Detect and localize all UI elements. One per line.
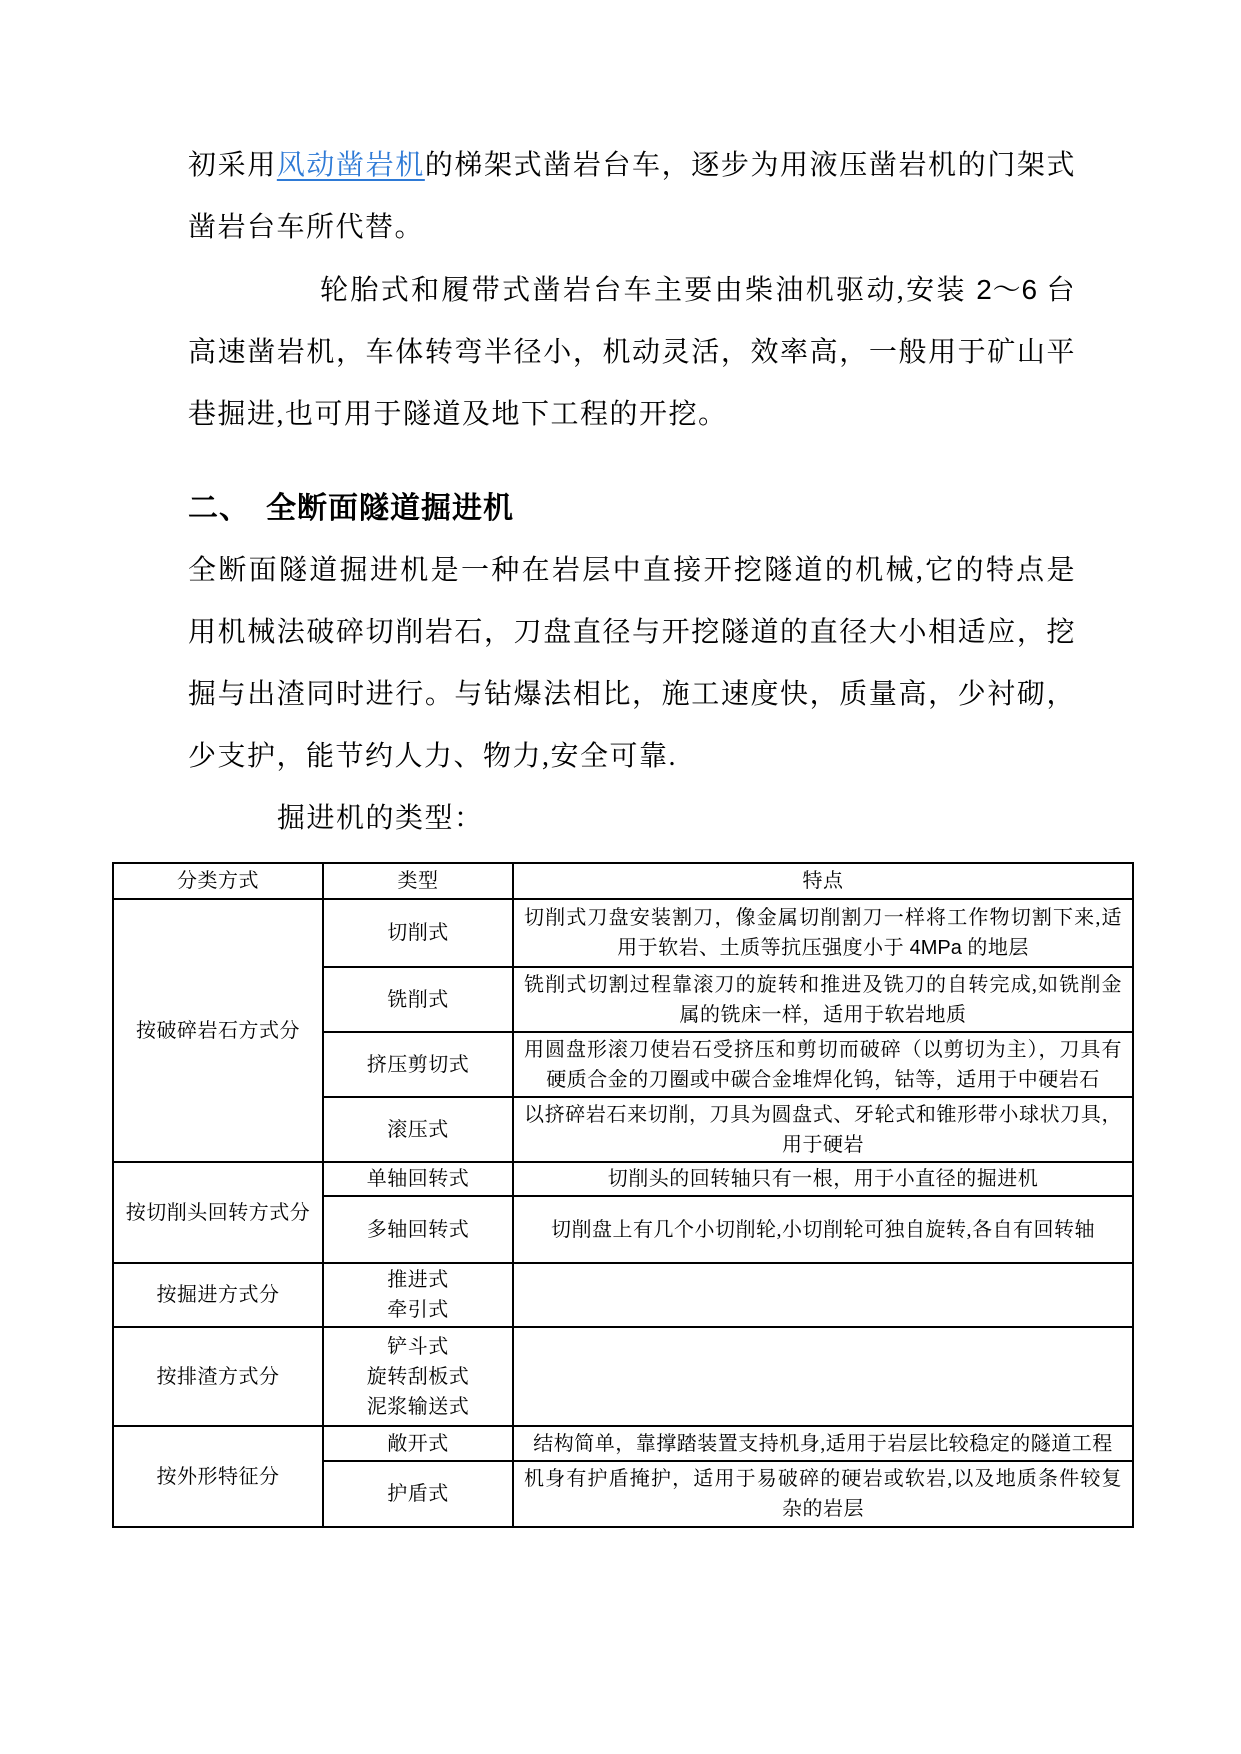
feature-cell: 切削式刀盘安装割刀，像金属切削割刀一样将工作物切割下来,适用于软岩、土质等抗压强… — [513, 899, 1133, 967]
feature-cell: 机身有护盾掩护，适用于易破碎的硬岩或软岩,以及地质条件较复杂的岩层 — [513, 1461, 1133, 1527]
feature-cell: 以挤碎岩石来切削，刀具为圆盘式、牙轮式和锥形带小球状刀具，用于硬岩 — [513, 1097, 1133, 1162]
feature-cell — [513, 1263, 1133, 1327]
column-header-classification: 分类方式 — [113, 863, 323, 899]
type-cell: 敞开式 — [323, 1426, 513, 1461]
tbm-types-table: 分类方式 类型 特点 按破碎岩石方式分切削式切削式刀盘安装割刀，像金属切削割刀一… — [112, 862, 1134, 1528]
table-row: 按外形特征分敞开式结构简单，靠撑踏装置支持机身,适用于岩层比较稳定的隧道工程 — [113, 1426, 1133, 1461]
column-header-feature: 特点 — [513, 863, 1133, 899]
document-page: 初采用风动凿岩机的梯架式凿岩台车，逐步为用液压凿岩机的门架式凿岩台车所代替。 轮… — [0, 0, 1241, 1754]
paragraph-tyre-crawler-jumbo: 轮胎式和履带式凿岩台车主要由柴油机驱动,安装 2～6 台高速凿岩机，车体转弯半径… — [188, 259, 1076, 446]
latin-text: 2～6 — [976, 274, 1037, 305]
column-header-type: 类型 — [323, 863, 513, 899]
section-title: 全断面隧道掘进机 — [266, 492, 514, 525]
hyperlink-pneumatic-rock-drill[interactable]: 风动凿岩机 — [277, 150, 425, 181]
latin-text: 4MPa — [910, 937, 962, 959]
paragraph-text: 全断面隧道掘进机是一种在岩层中直接开挖隧道的机械,它的特点是用机械法破碎切削岩石… — [188, 555, 1076, 772]
table-caption-line: 掘进机的类型： — [188, 788, 1076, 850]
type-cell: 铣削式 — [323, 967, 513, 1032]
feature-cell: 用圆盘形滚刀使岩石受挤压和剪切而破碎（以剪切为主），刀具有硬质合金的刀圈或中碳合… — [513, 1032, 1133, 1097]
section-number: 二、 — [188, 492, 250, 525]
feature-cell: 结构简单，靠撑踏装置支持机身,适用于岩层比较稳定的隧道工程 — [513, 1426, 1133, 1461]
document-body: 初采用风动凿岩机的梯架式凿岩台车，逐步为用液压凿岩机的门架式凿岩台车所代替。 轮… — [112, 135, 1132, 1528]
classification-cell: 按外形特征分 — [113, 1426, 323, 1527]
type-cell: 多轴回转式 — [323, 1196, 513, 1263]
paragraph-text: 轮胎式和履带式凿岩台车主要由柴油机驱动,安装 2～6 台高速凿岩机，车体转弯半径… — [188, 275, 1076, 430]
feature-cell: 铣削式切割过程靠滚刀的旋转和推进及铣刀的自转完成,如铣削金属的铣床一样，适用于软… — [513, 967, 1133, 1032]
section-heading-tbm: 二、全断面隧道掘进机 — [188, 478, 1076, 540]
paragraph-drill-jumbo: 初采用风动凿岩机的梯架式凿岩台车，逐步为用液压凿岩机的门架式凿岩台车所代替。 — [188, 135, 1076, 259]
feature-cell — [513, 1327, 1133, 1426]
type-cell: 挤压剪切式 — [323, 1032, 513, 1097]
table-row: 按破碎岩石方式分切削式切削式刀盘安装割刀，像金属切削割刀一样将工作物切割下来,适… — [113, 899, 1133, 967]
table-row: 按切削头回转方式分单轴回转式切削头的回转轴只有一根，用于小直径的掘进机 — [113, 1162, 1133, 1196]
feature-cell: 切削盘上有几个小切削轮,小切削轮可独自旋转,各自有回转轴 — [513, 1196, 1133, 1263]
types-table-body: 按破碎岩石方式分切削式切削式刀盘安装割刀，像金属切削割刀一样将工作物切割下来,适… — [113, 899, 1133, 1527]
type-cell: 护盾式 — [323, 1461, 513, 1527]
type-cell: 滚压式 — [323, 1097, 513, 1162]
type-cell: 铲斗式旋转刮板式泥浆输送式 — [323, 1327, 513, 1426]
paragraph-tbm-intro: 全断面隧道掘进机是一种在岩层中直接开挖隧道的机械,它的特点是用机械法破碎切削岩石… — [188, 540, 1076, 788]
table-header-row: 分类方式 类型 特点 — [113, 863, 1133, 899]
type-cell: 推进式牵引式 — [323, 1263, 513, 1327]
table-row: 按排渣方式分铲斗式旋转刮板式泥浆输送式 — [113, 1327, 1133, 1426]
classification-cell: 按掘进方式分 — [113, 1263, 323, 1327]
type-cell: 单轴回转式 — [323, 1162, 513, 1196]
type-cell: 切削式 — [323, 899, 513, 967]
classification-cell: 按排渣方式分 — [113, 1327, 323, 1426]
classification-cell: 按切削头回转方式分 — [113, 1162, 323, 1263]
caption-text: 掘进机的类型： — [277, 803, 484, 834]
table-row: 按掘进方式分推进式牵引式 — [113, 1263, 1133, 1327]
feature-cell: 切削头的回转轴只有一根，用于小直径的掘进机 — [513, 1162, 1133, 1196]
classification-cell: 按破碎岩石方式分 — [113, 899, 323, 1162]
paragraph-text: 初采用 — [188, 150, 277, 181]
